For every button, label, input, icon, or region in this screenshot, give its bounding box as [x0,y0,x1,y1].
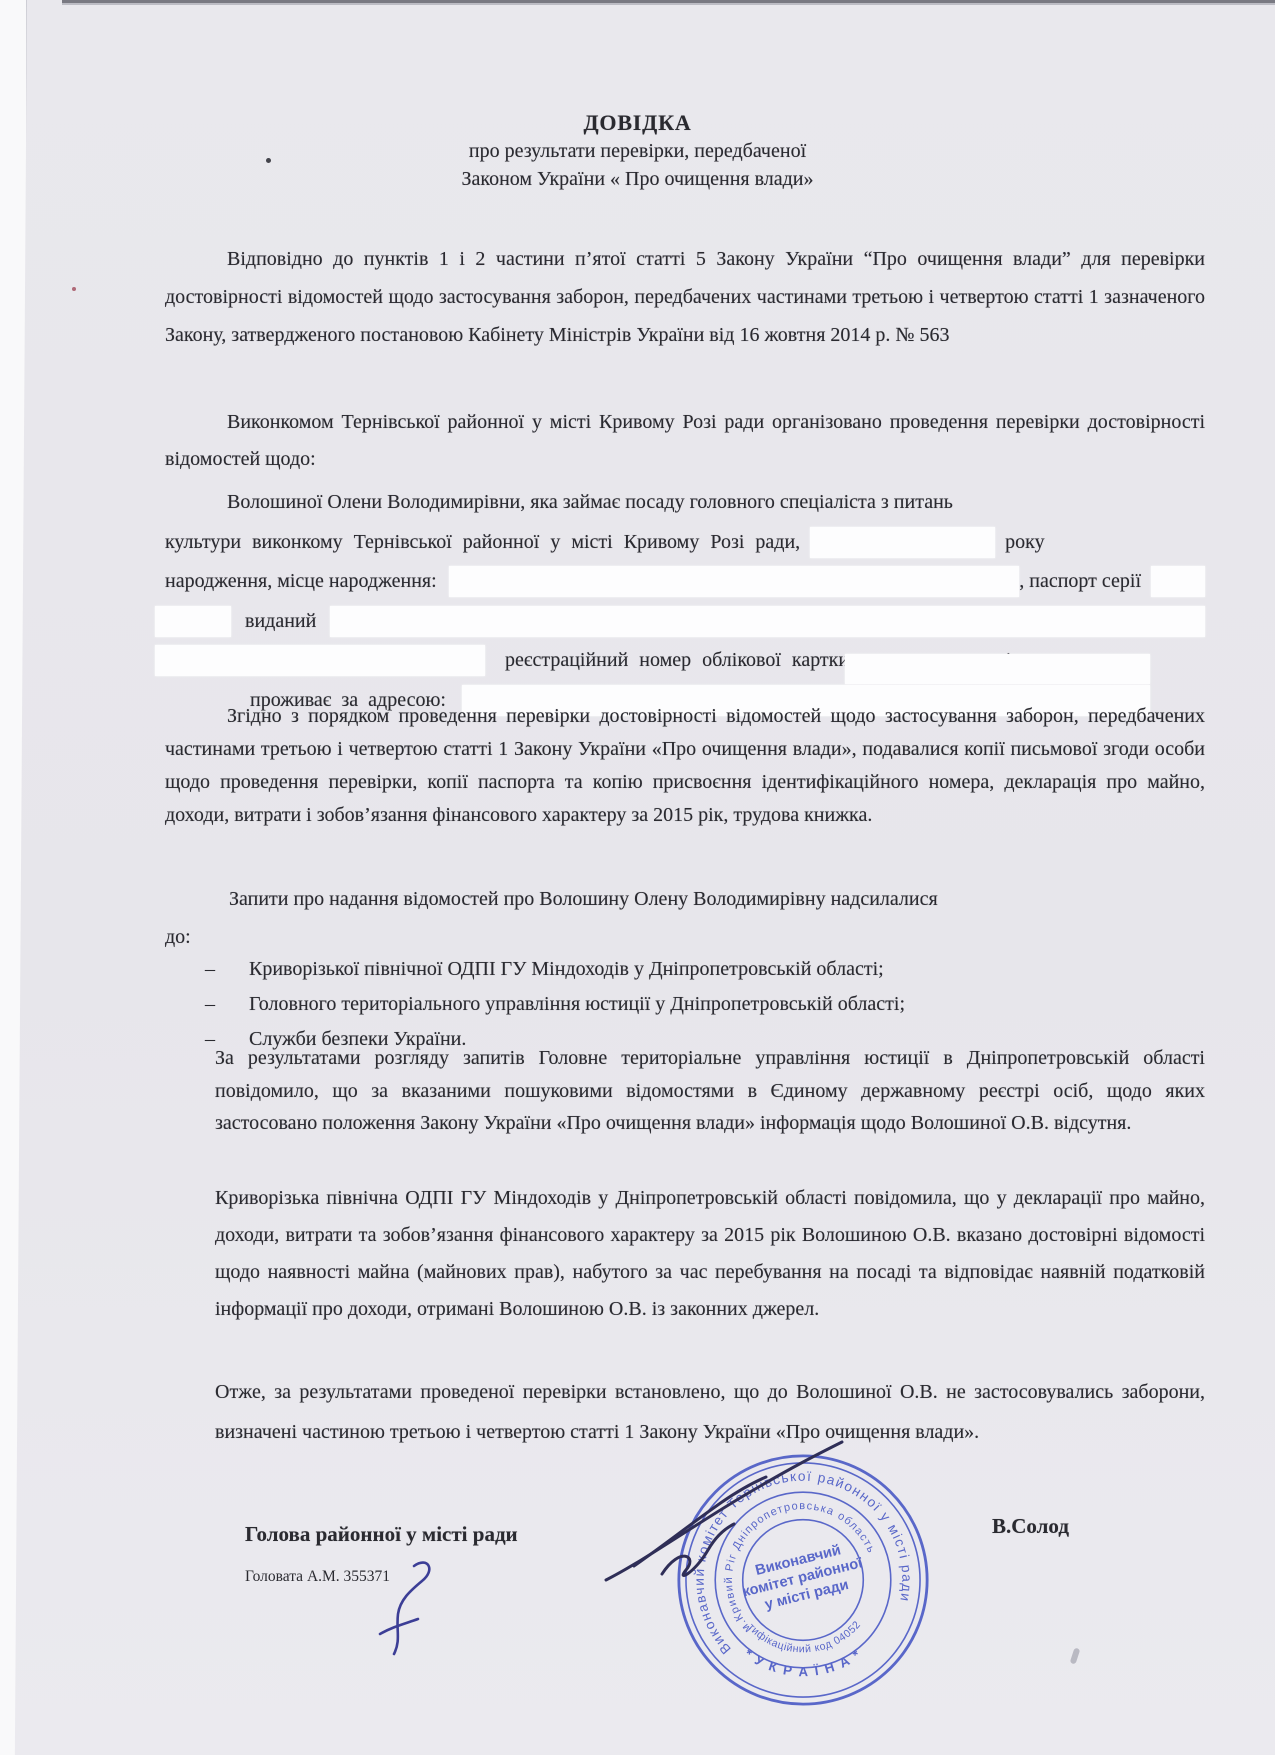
redaction-box [810,527,995,558]
list-item-text: Криворізької північної ОДПІ ГУ Міндоході… [249,952,884,987]
document-subtitle-line1: про результати перевірки, передбаченої [0,138,1275,166]
paragraph-submitted-documents: Згідно з порядком проведення перевірки д… [165,700,1205,832]
list-item-text: Головного територіального управління юст… [249,987,905,1022]
subject-line-4: виданий [165,602,1205,642]
handwritten-signature-over-stamp [600,1428,850,1608]
list-dash: – [205,987,249,1022]
paragraph-legal-basis: Відповідно до пунктів 1 і 2 частини п’ят… [165,240,1205,354]
scanner-edge-strip [0,0,27,1755]
scan-speck [72,287,76,291]
list-item: – Головного територіального управління ю… [205,987,1205,1022]
subject-line-2: культури виконкому Тернівської районної … [165,523,1205,563]
document-header: ДОВІДКА про результати перевірки, передб… [0,108,1275,193]
document-subtitle-line2: Законом України « Про очищення влади» [0,166,1275,194]
subject-text: народження, місце народження: [165,570,437,593]
handwritten-signature [368,1554,448,1664]
requests-line-2: до: [165,918,1205,956]
signer-position: Голова районної у місті ради [245,1522,518,1547]
redaction-box [155,645,485,676]
paragraph-tax-reply: Криворізька північна ОДПІ ГУ Міндоходів … [215,1180,1205,1328]
paragraph-requests-sent: Запити про надання відомостей про Волоши… [165,880,1205,956]
signer-name: В.Солод [992,1514,1069,1539]
redaction-box [330,606,1205,637]
list-item: – Криворізької північної ОДПІ ГУ Міндохо… [205,952,1205,987]
scan-speck [1070,1647,1081,1664]
redaction-box [845,654,1150,684]
redaction-box [155,606,231,637]
redaction-box [1151,566,1205,597]
subject-text: , паспорт серії [1019,570,1141,593]
subject-text: року [1005,531,1044,554]
document-title: ДОВІДКА [0,108,1275,138]
scanned-document-page: ДОВІДКА про результати перевірки, передб… [0,0,1275,1755]
paragraph-subject-details: Волошиної Олени Володимирівни, яка займа… [165,483,1205,720]
list-dash: – [205,952,249,987]
subject-text: Волошиної Олени Володимирівни, яка займа… [227,491,953,514]
subject-line-1: Волошиної Олени Володимирівни, яка займа… [165,483,1205,523]
redaction-box [449,566,1020,597]
subject-text: культури виконкому Тернівської районної … [165,531,800,554]
scan-artifact-top-line-2 [62,3,1275,5]
subject-line-3: народження, місце народження: , паспорт … [165,562,1205,602]
subject-text: виданий [245,610,316,633]
requests-line-1: Запити про надання відомостей про Волоши… [165,880,1205,918]
paragraph-organizer: Виконкомом Тернівської районної у місті … [165,404,1205,478]
paragraph-justice-reply: За результатами розгляду запитів Головне… [215,1042,1205,1140]
